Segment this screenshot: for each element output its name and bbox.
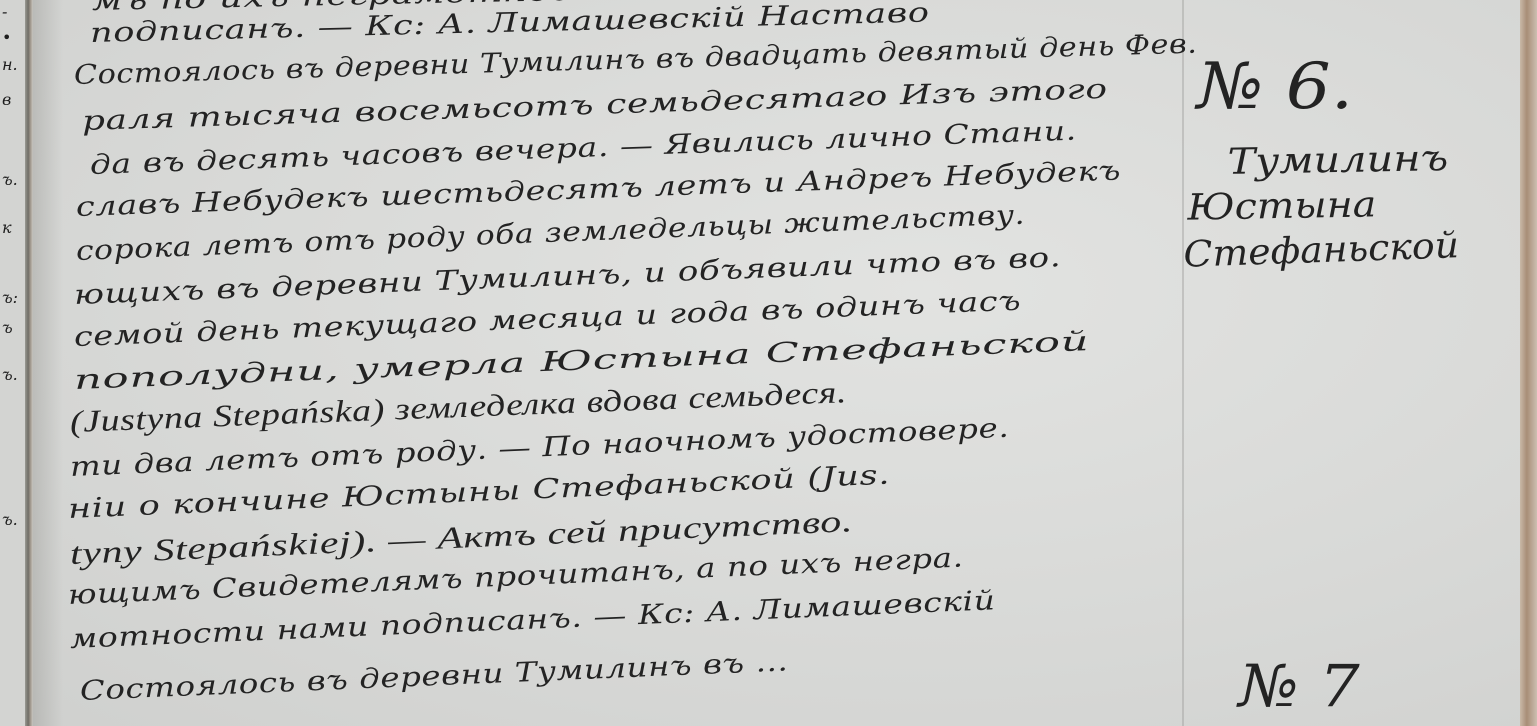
fragment: ъ:	[2, 288, 18, 307]
fragment: ъ	[2, 318, 13, 337]
fragment: ъ.	[2, 365, 18, 384]
margin-village: Тумилинъ	[1227, 138, 1448, 183]
page-edge	[1520, 0, 1537, 726]
book-spine	[25, 0, 33, 726]
register-page: - • н. в ъ. к ъ: ъ ъ. ъ. мъ по ихъ негра…	[0, 0, 1537, 726]
record-number-next: № 7	[1238, 652, 1359, 720]
margin-column: № 6. Тумилинъ Юстына Стефаньской № 7	[1184, 0, 1520, 726]
facing-page-fragments: - • н. в ъ. к ъ: ъ ъ. ъ.	[0, 0, 26, 726]
fragment: к	[2, 218, 12, 237]
text-line: Состоялось въ деревни Тумилинъ въ ...	[79, 646, 788, 707]
fragment: в	[2, 90, 11, 109]
fragment: н.	[2, 55, 18, 74]
record-body: мъ по ихъ неграмотности нами подписанъ. …	[62, 0, 1182, 726]
record-number: № 6.	[1197, 50, 1353, 124]
fragment: ъ.	[2, 510, 18, 529]
fragment: •	[2, 28, 11, 47]
margin-first-name: Юстына	[1187, 184, 1377, 228]
spine-shadow	[33, 0, 63, 726]
margin-surname: Стефаньской	[1183, 225, 1460, 276]
fragment: ъ.	[2, 170, 18, 189]
fragment: -	[2, 2, 7, 21]
